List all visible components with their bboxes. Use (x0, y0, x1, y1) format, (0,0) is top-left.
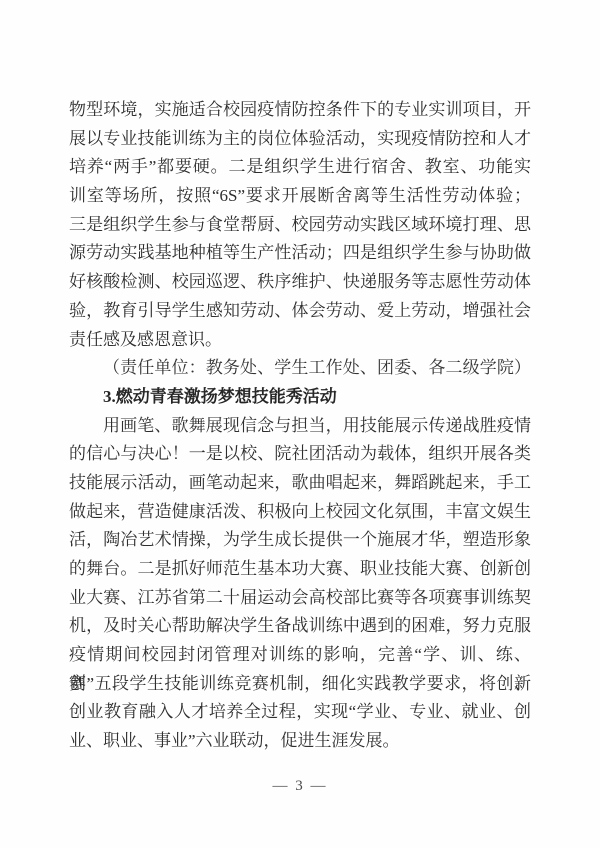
text-line-2: 展以专业技能训练为主的岗位体验活动，实现疫情防控和人才 (69, 125, 531, 154)
text-line-23: 业、职业、事业”六业联动，促进生涯发展。 (69, 727, 531, 756)
text-line-16: 活，陶冶艺术情操，为学生成长提供一个施展才华，塑造形象 (69, 526, 531, 555)
text-line-11: 3.燃动青春激扬梦想技能秀活动 (69, 383, 531, 412)
text-line-10: （责任单位：教务处、学生工作处、团委、各二级学院） (69, 354, 531, 383)
text-line-6: 源劳动实践基地种植等生产性活动；四是组织学生参与协助做 (69, 239, 531, 268)
text-line-15: 做起来，营造健康活泼、积极向上校园文化氛围，丰富文娱生 (69, 498, 531, 527)
text-line-7: 好核酸检测、校园巡逻、秩序维护、快递服务等志愿性劳动体 (69, 268, 531, 297)
text-line-5: 三是组织学生参与食堂帮厨、校园劳动实践区域环境打理、思 (69, 211, 531, 240)
text-line-4: 训室等场所，按照“6S”要求开展断舍离等生活性劳动体验； (69, 182, 531, 211)
text-line-14: 技能展示活动，画笔动起来，歌曲唱起来，舞蹈跳起来，手工 (69, 469, 531, 498)
text-line-18: 业大赛、江苏省第二十届运动会高校部比赛等各项赛事训练契 (69, 584, 531, 613)
document-page: 物型环境，实施适合校园疫情防控条件下的专业实训项目，开展以专业技能训练为主的岗位… (0, 0, 600, 848)
document-body: 物型环境，实施适合校园疫情防控条件下的专业实训项目，开展以专业技能训练为主的岗位… (69, 96, 531, 756)
text-line-8: 验，教育引导学生感知劳动、体会劳动、爱上劳动，增强社会 (69, 297, 531, 326)
page-number: — 3 — (0, 776, 600, 796)
text-line-13: 的信心与决心！一是以校、院社团活动为载体，组织开展各类 (69, 440, 531, 469)
text-line-9: 责任感及感恩意识。 (69, 326, 531, 355)
text-line-20: 疫情期间校园封闭管理对训练的影响，完善“学、训、练、赛、 (69, 641, 531, 670)
text-line-1: 物型环境，实施适合校园疫情防控条件下的专业实训项目，开 (69, 96, 531, 125)
text-line-19: 机，及时关心帮助解决学生备战训练中遇到的困难，努力克服 (69, 612, 531, 641)
text-line-21: 创”五段学生技能训练竞赛机制，细化实践教学要求，将创新 (69, 670, 531, 699)
text-line-12: 用画笔、歌舞展现信念与担当，用技能展示传递战胜疫情 (69, 412, 531, 441)
text-line-3: 培养“两手”都要硬。二是组织学生进行宿舍、教室、功能实 (69, 153, 531, 182)
text-line-17: 的舞台。二是抓好师范生基本功大赛、职业技能大赛、创新创 (69, 555, 531, 584)
text-line-22: 创业教育融入人才培养全过程，实现“学业、专业、就业、创 (69, 698, 531, 727)
